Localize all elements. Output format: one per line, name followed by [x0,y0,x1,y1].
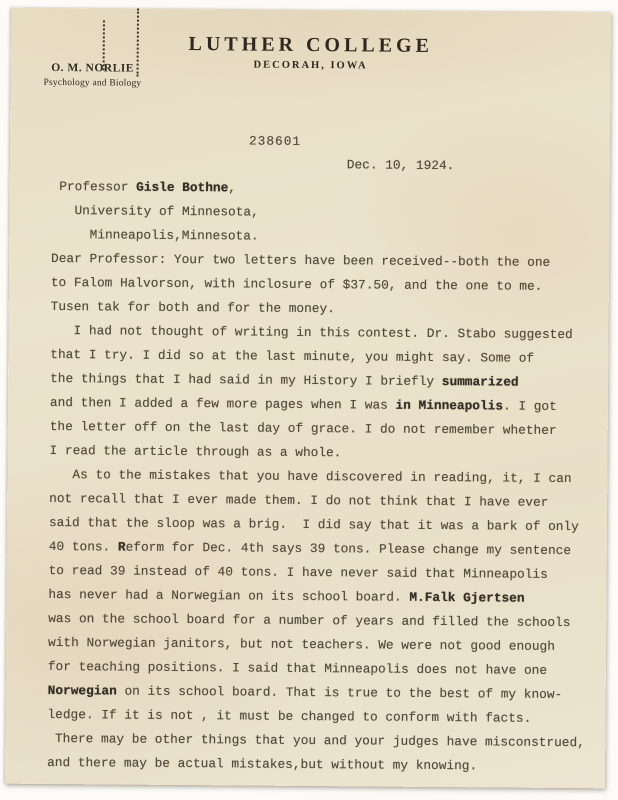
letterhead-institution-block: LUTHER COLLEGE DECORAH, IOWA [11,8,611,74]
letter-line: and there may be actual mistakes,but wit… [47,751,599,779]
letter-body: Professor Gisle Bothne, University of Mi… [47,175,604,779]
catalog-number: 238601 [249,134,301,149]
letter-paper: O. M. NORLIE Psychology and Biology LUTH… [5,8,611,789]
letter-date: Dec. 10, 1924. [347,157,455,173]
sender-department: Psychology and Biology [32,78,152,89]
scan-background: O. M. NORLIE Psychology and Biology LUTH… [0,0,618,800]
institution-name: LUTHER COLLEGE [11,32,611,60]
